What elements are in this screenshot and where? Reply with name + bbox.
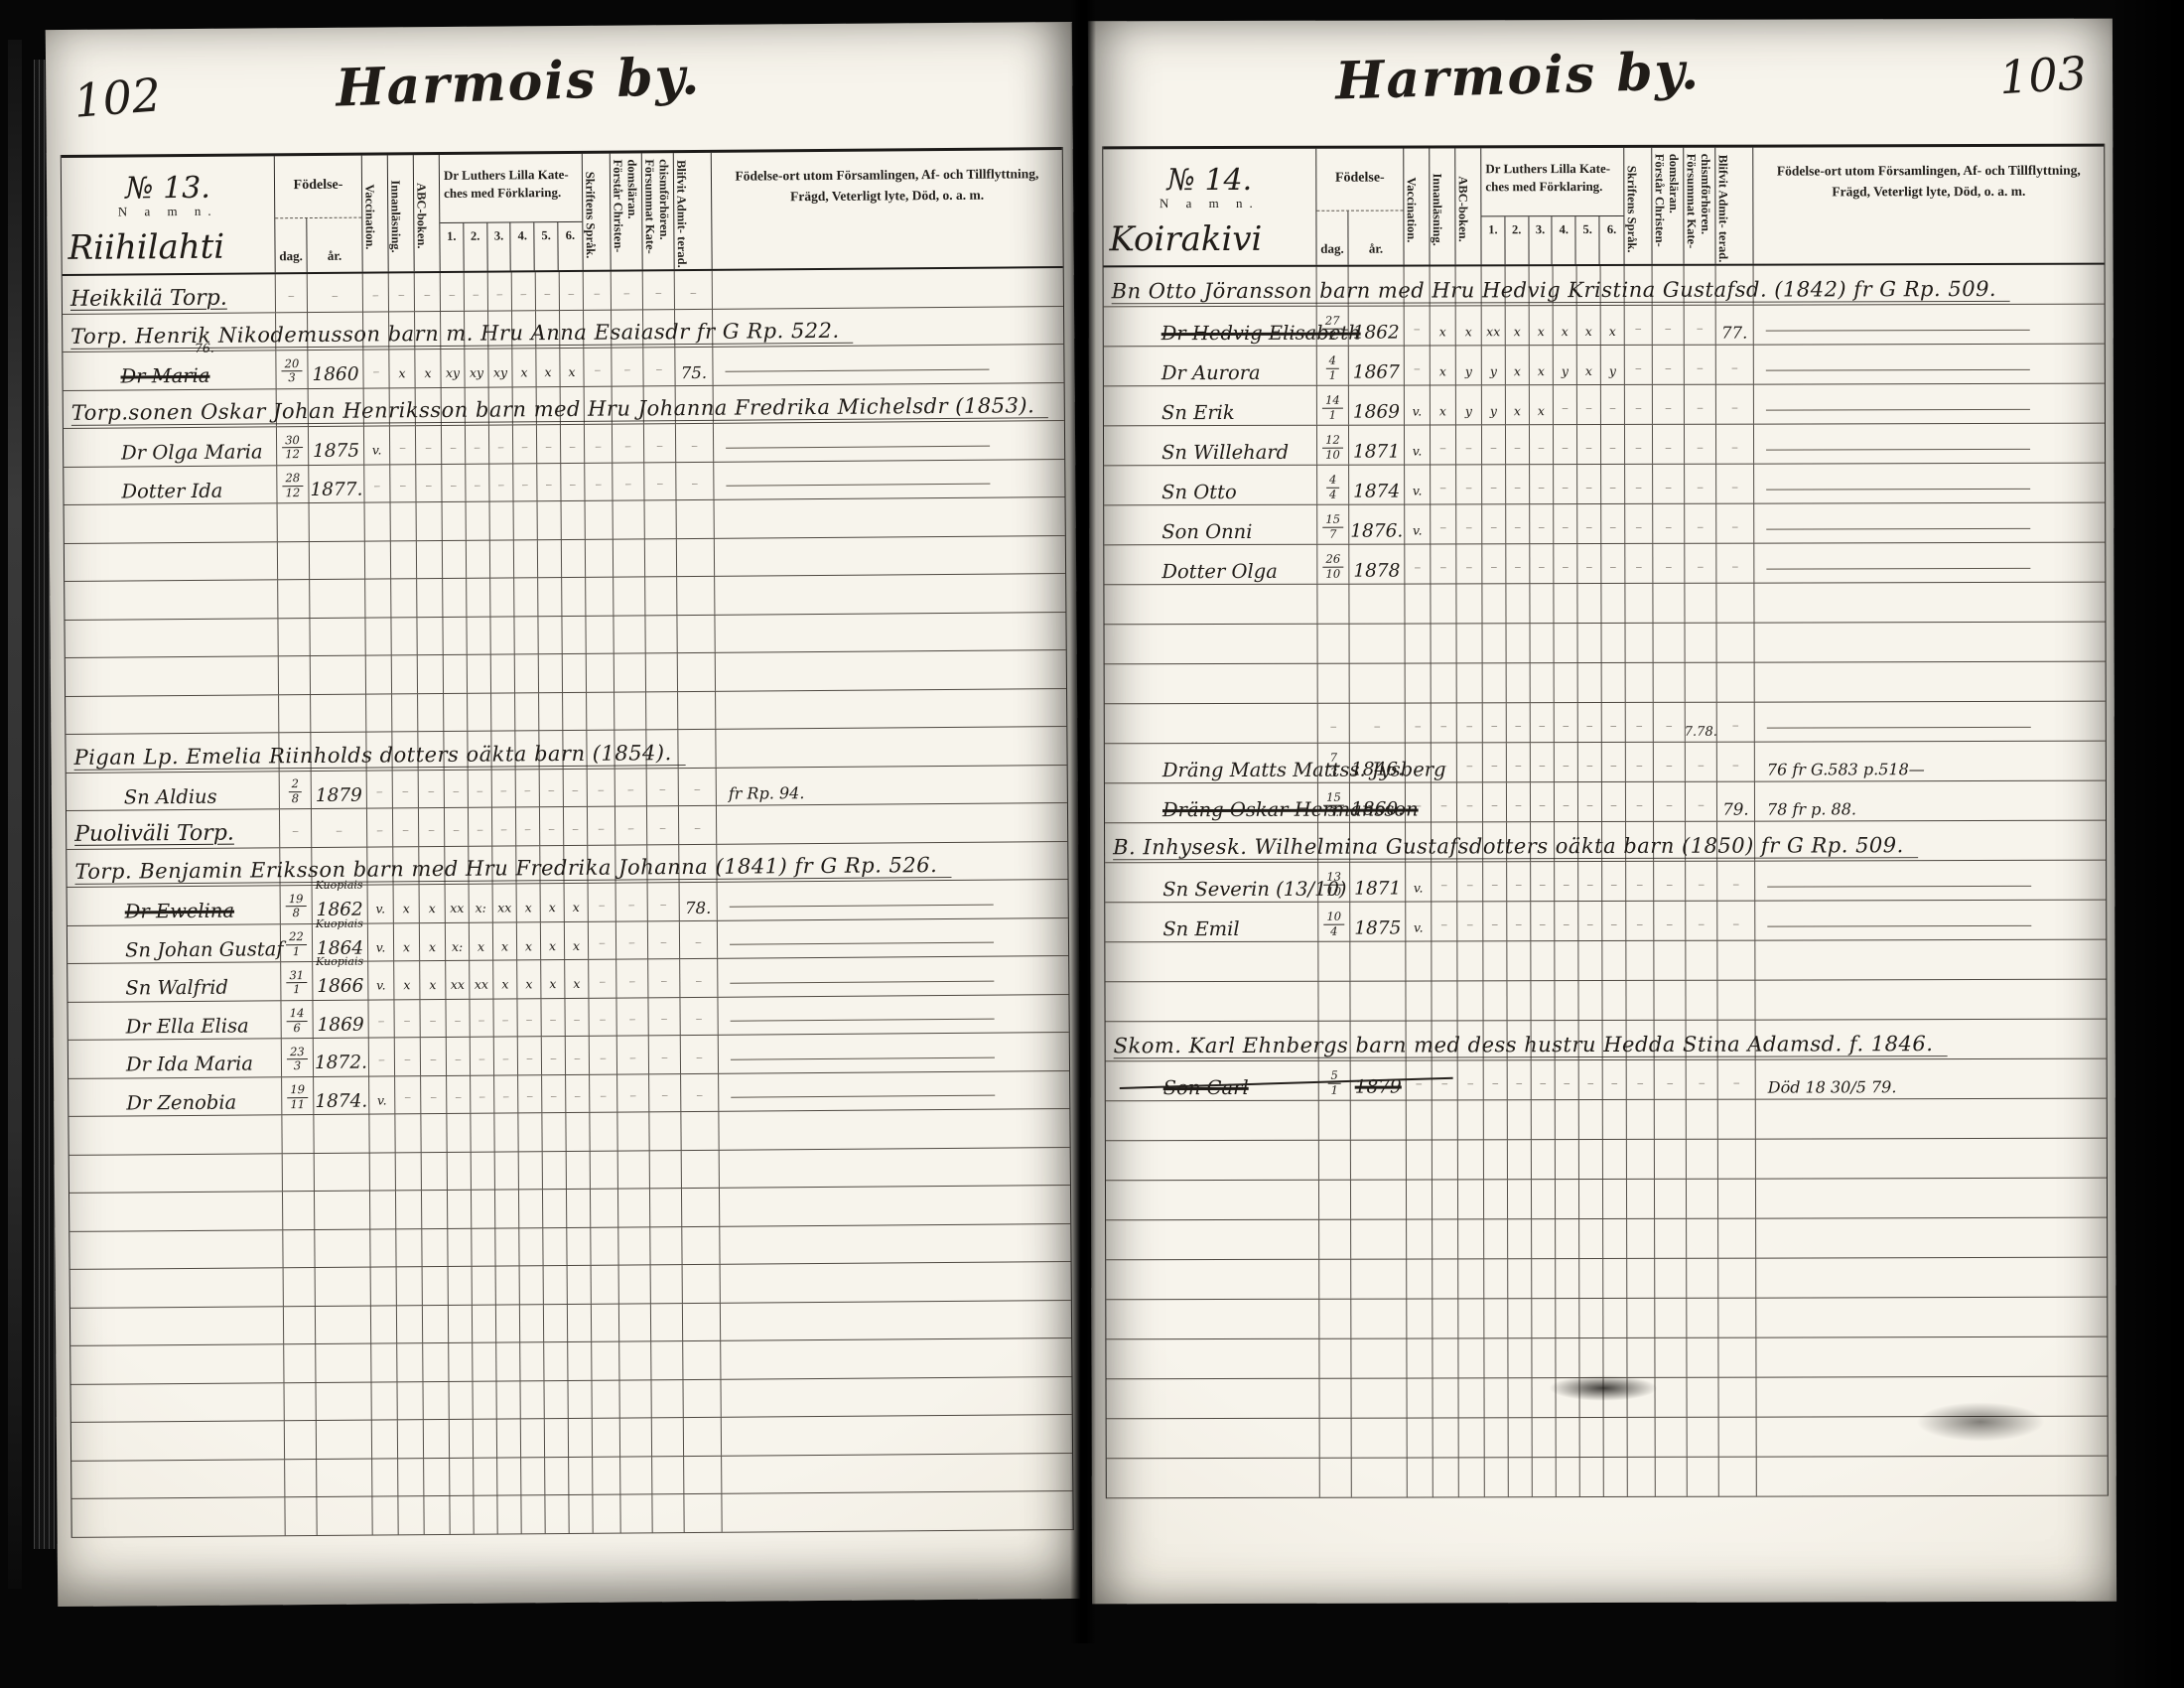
day-numerator: 26: [1322, 554, 1343, 568]
cell-birth-year: 1871: [1349, 426, 1405, 465]
cell-forstar: [1655, 1140, 1687, 1179]
scanned-register-spread: 102 Harmois by. № 13. N a m n. Riihilaht…: [0, 0, 2184, 1688]
cell-katekes-1: –: [1483, 862, 1507, 901]
cell-name: [65, 580, 278, 619]
cell-forsummat: –: [1685, 425, 1716, 464]
cell-katekes-5: [539, 654, 563, 692]
cell-katekes-3: [1532, 1259, 1556, 1298]
cell-katekes-1: [444, 655, 468, 693]
column-header-fodelse: Födelse- dag. år.: [1316, 149, 1404, 265]
note-value: 76 fr G.583 p.518—: [1767, 762, 1925, 777]
birth-year-value: 1872.: [315, 1055, 367, 1073]
cell-katekes-2: [1509, 1458, 1533, 1496]
cell-dash: –: [403, 825, 409, 836]
cell-forsummat: –: [648, 883, 680, 920]
cell-skriftens-sprak: [592, 1380, 619, 1418]
cell-katekes-5: x: [541, 922, 565, 960]
cell-name: [71, 1460, 285, 1498]
cell-innanlasning: –: [393, 771, 419, 808]
katekes-label-line2: ches med Förklaring.: [1485, 178, 1623, 197]
cell-dash: –: [1732, 443, 1738, 454]
column-header-blifvit-admitterad: Blifvit Admit- terad.: [674, 153, 713, 269]
cell-vaccination: [1407, 1219, 1433, 1258]
cell-abc-boken: –: [1456, 504, 1482, 543]
cell-dash: –: [404, 1016, 410, 1027]
cell-admitted: [682, 1150, 720, 1188]
cell-dash: –: [657, 441, 663, 452]
birth-day-value: 198: [286, 894, 307, 919]
cell-katekes-5: [543, 1227, 567, 1265]
cell-admitted: [683, 1379, 721, 1417]
cell-admitted: [1718, 1100, 1756, 1139]
cell-innanlasning: –: [1431, 425, 1456, 464]
cell-dash: –: [601, 1053, 607, 1063]
cell-katekes-6: [1603, 1299, 1627, 1337]
cell-name: Torp.sonen Oskar Johan Henriksson barn m…: [64, 389, 277, 428]
cell-katekes-2: –: [466, 464, 489, 501]
cell-dash: –: [1516, 800, 1522, 811]
cell-dash: –: [1516, 919, 1522, 930]
cell-birth-year: 1871: [1350, 863, 1406, 902]
cell-katekes-3: –: [1531, 862, 1555, 901]
cell-katekes-6: [1601, 584, 1625, 623]
day-numerator: 22: [286, 931, 307, 945]
register-row: Son Carl511879–––––––––––––Död 18 30/5 7…: [1106, 1059, 2107, 1102]
column-header-katekes: Dr Luthers Lilla Kate- ches med Förklari…: [440, 154, 584, 271]
cell-katekes-5: [538, 540, 562, 578]
cell-vaccination: [1407, 1140, 1433, 1179]
cell-dash: –: [692, 440, 698, 451]
cell-katekes-5: [1579, 1140, 1603, 1179]
cell-katekes-5: [538, 578, 562, 616]
cell-innanlasning: [391, 541, 417, 579]
cell-katekes-5: x: [1577, 306, 1601, 345]
birth-year-value: 1866: [317, 978, 363, 997]
birth-year-value: 1875: [313, 443, 359, 462]
cell-dash: –: [1467, 880, 1473, 891]
cell-katekes-4: [1556, 1219, 1579, 1258]
cell-dash: –: [405, 1055, 411, 1065]
cell-dash: –: [1732, 483, 1738, 493]
cell-dash: –: [1610, 483, 1616, 493]
cell-name: Dr Hedvig Elisabeth: [1104, 307, 1317, 347]
cell-forstar: –: [616, 959, 648, 997]
cell-dash: –: [377, 786, 383, 797]
cell-birth-year: [1350, 982, 1406, 1021]
register-row: [1104, 583, 2105, 626]
mark-value: v.: [1413, 524, 1423, 537]
cell-name: [1104, 585, 1317, 625]
cell-dash: –: [1492, 721, 1498, 732]
cell-dash: –: [600, 938, 606, 949]
mark-value: v.: [1414, 882, 1424, 895]
cell-admitted: –: [1718, 1060, 1756, 1099]
cell-katekes-4: –: [517, 999, 541, 1037]
cell-forsummat: –: [1686, 862, 1717, 901]
cell-katekes-5: [1579, 1180, 1603, 1218]
cell-forsummat: [650, 1189, 682, 1226]
cell-dash: –: [596, 441, 602, 452]
cell-dash: –: [695, 822, 701, 833]
cell-vaccination: [369, 1114, 395, 1152]
cell-innanlasning: [391, 502, 417, 540]
cell-forsummat: [645, 539, 677, 577]
cell-katekes-3: [1532, 1299, 1556, 1337]
cell-innanlasning: [396, 1191, 422, 1228]
cell-innanlasning: [1432, 981, 1457, 1020]
mark-value: x: [1538, 405, 1545, 418]
cell-vaccination: [1407, 1378, 1433, 1417]
cell-admitted: [1719, 1458, 1757, 1496]
cell-katekes-3: [496, 1342, 520, 1380]
cell-katekes-2: [1508, 1378, 1532, 1417]
cell-dash: –: [661, 976, 667, 987]
cell-vaccination: [1407, 1338, 1433, 1377]
cell-vaccination: v.: [1405, 425, 1431, 464]
cell-birth-year: [1351, 1260, 1407, 1299]
cell-dash: –: [660, 784, 666, 795]
cell-katekes-1: [1484, 1100, 1508, 1139]
cell-abc-boken: [1458, 1299, 1484, 1337]
day-numerator: 4: [1326, 475, 1339, 489]
cell-birth-day: 203: [276, 351, 308, 388]
entry-name: Sn Severin (13/10): [1162, 879, 1346, 899]
cell-katekes-2: –: [1507, 902, 1531, 940]
cell-name: Pigan Lp. Emelia Riinholds dotters oäkta…: [66, 733, 279, 772]
cell-note: [715, 613, 1065, 652]
cell-abc-boken: [423, 1381, 449, 1419]
cell-dash: –: [1515, 483, 1521, 493]
mark-value: y: [1562, 365, 1569, 378]
cell-name: Dr Aurora: [1104, 347, 1317, 386]
cell-abc-boken: –: [419, 770, 445, 807]
cell-innanlasning: –: [395, 1038, 421, 1075]
cell-dash: –: [1539, 443, 1545, 454]
cell-dash: –: [1666, 363, 1672, 374]
cell-birth-day: –: [276, 274, 308, 312]
cell-birth-year: [1351, 1300, 1407, 1338]
cell-birth-day: 141: [1317, 386, 1349, 425]
cell-katekes-3: –: [1530, 544, 1554, 583]
cell-note: [1754, 543, 2105, 583]
cell-dash: –: [426, 481, 432, 492]
cell-katekes-3: [1531, 981, 1555, 1020]
cell-dash: –: [596, 480, 602, 491]
cell-katekes-6: –: [561, 463, 585, 500]
birth-year-value: 1878: [1353, 562, 1400, 581]
cell-forsummat: [1686, 624, 1717, 662]
cell-katekes-2: [1508, 1338, 1532, 1377]
entry-name: Dr Ewelina: [125, 902, 234, 921]
cell-abc-boken: –: [1457, 782, 1483, 821]
birth-day-value: 233: [287, 1047, 308, 1072]
cell-name: Sn Emil: [1105, 903, 1318, 942]
cell-forstar: –: [612, 348, 643, 385]
cell-dash: –: [575, 1053, 581, 1063]
cell-dash: –: [1491, 522, 1497, 533]
cell-katekes-3: [496, 1266, 520, 1304]
cell-forstar: –: [613, 424, 644, 462]
cell-katekes-2: [468, 693, 491, 731]
cell-forsummat: –: [1685, 465, 1716, 503]
cell-dash: –: [661, 1014, 667, 1025]
cell-forstar: [617, 1112, 649, 1150]
cell-katekes-1: –: [1483, 703, 1507, 742]
cell-admitted: [1719, 1418, 1757, 1457]
cell-dash: –: [478, 1016, 484, 1027]
cell-dash: –: [1539, 483, 1545, 493]
cell-name: Dräng Matts Mattss. Jysberg: [1105, 744, 1318, 783]
cell-katekes-1: –: [445, 770, 469, 807]
cell-forsummat: [1687, 1259, 1718, 1298]
cell-skriftens-sprak: [1628, 1458, 1656, 1496]
cell-vaccination: [1408, 1458, 1433, 1496]
cell-katekes-1: [449, 1267, 473, 1305]
cell-katekes-6: –: [1601, 544, 1625, 583]
place-name: Koirakivi: [1109, 219, 1315, 260]
cell-forsummat: [652, 1494, 684, 1532]
cell-forsummat: [649, 1112, 681, 1150]
cell-skriftens-sprak: –: [1625, 425, 1653, 464]
cell-dash: –: [551, 1091, 557, 1102]
cell-forstar: [614, 692, 646, 730]
cell-innanlasning: [1433, 1299, 1458, 1337]
cell-name: [69, 1192, 283, 1230]
cell-katekes-2: –: [469, 808, 492, 846]
cell-skriftens-sprak: [1628, 1418, 1656, 1457]
cell-abc-boken: [1456, 584, 1482, 623]
cell-vaccination: v.: [364, 426, 390, 464]
cell-dash: –: [575, 1091, 581, 1102]
cell-dash: –: [1637, 919, 1643, 930]
cell-skriftens-sprak: [1627, 1140, 1655, 1179]
cell-name: [1106, 1339, 1319, 1379]
cell-katekes-2: [472, 1152, 495, 1190]
cell-katekes-4: –: [516, 807, 540, 845]
cell-dash: –: [1516, 880, 1522, 891]
cell-birth-day: 311: [281, 962, 313, 1000]
cell-forstar: [618, 1227, 650, 1265]
cell-katekes-6: –: [1602, 902, 1626, 940]
cell-admitted: 77.: [1716, 306, 1754, 345]
column-header-forsummat-katechismforhoren: Försummat Kate- chismförhören.: [642, 153, 675, 269]
cell-dash: –: [697, 1090, 703, 1101]
cell-dash: –: [1699, 919, 1705, 930]
cell-dash: –: [1699, 1078, 1705, 1089]
cell-note: [1756, 1298, 2107, 1337]
village-title-left: Harmois by.: [335, 46, 702, 118]
fodelse-label: Födelse-: [1316, 171, 1403, 187]
entry-name: Sn Otto: [1161, 482, 1237, 501]
birth-year-value: 1874: [1353, 483, 1400, 501]
cell-katekes-5: –: [1577, 425, 1601, 464]
cell-katekes-1: –: [442, 464, 466, 501]
cell-abc-boken: [1458, 1100, 1484, 1139]
cell-forstar: [1655, 1100, 1687, 1139]
admitted-year: 77.: [1721, 325, 1747, 342]
mark-value: xx: [451, 979, 465, 992]
cell-dash: –: [1516, 761, 1522, 772]
cell-name: [71, 1497, 285, 1536]
cell-katekes-6: [563, 654, 587, 692]
cell-katekes-4: [519, 1190, 543, 1227]
cell-katekes-6: –: [1601, 385, 1625, 424]
day-numerator: 28: [282, 473, 303, 487]
cell-forstar: –: [612, 271, 643, 309]
cell-katekes-6: [1603, 1180, 1627, 1218]
cell-note: [713, 268, 1063, 308]
entry-name: Sn Aldius: [124, 786, 217, 806]
cell-dash: –: [1466, 562, 1472, 573]
cell-katekes-4: [514, 578, 538, 616]
cell-dash: –: [527, 1091, 533, 1102]
cell-dash: –: [696, 975, 702, 986]
cell-skriftens-sprak: [1627, 1299, 1655, 1337]
mark-value: x:: [452, 940, 463, 953]
cell-katekes-5: [1578, 624, 1602, 662]
cell-forsummat: –: [1685, 504, 1716, 543]
scan-smudge: [1549, 1375, 1658, 1401]
cell-innanlasning: –: [1432, 782, 1457, 821]
cell-katekes-1: –: [1483, 743, 1507, 781]
cell-note: [1755, 901, 2106, 940]
cell-dash: –: [1539, 562, 1545, 573]
cell-katekes-3: [494, 1113, 518, 1151]
mark-value: x: [1585, 326, 1592, 339]
cell-katekes-3: [495, 1190, 519, 1227]
cell-forsummat: [652, 1418, 684, 1456]
cell-forsummat: –: [648, 959, 680, 997]
cell-forstar: [619, 1380, 651, 1418]
cell-note: [1757, 1457, 2108, 1496]
cell-forsummat: –: [644, 424, 676, 462]
cell-forstar: [620, 1457, 652, 1494]
birth-year-value: 1871: [1354, 880, 1401, 899]
cell-note: [716, 727, 1066, 767]
cell-innanlasning: [1433, 1338, 1458, 1377]
note-fill-line: [1766, 489, 2030, 491]
cell-katekes-6: –: [566, 1074, 590, 1112]
cell-name: Sn Otto: [1104, 466, 1317, 505]
cell-dash: –: [1698, 562, 1704, 573]
cell-dash: –: [656, 288, 662, 299]
cell-birth-day: [1318, 664, 1350, 703]
cell-katekes-6: –: [560, 272, 584, 310]
cell-abc-boken: –: [415, 273, 441, 311]
ar-label: år.: [307, 218, 361, 272]
cell-skriftens-sprak: [587, 654, 614, 692]
cell-dash: –: [1563, 443, 1569, 454]
cell-dash: –: [697, 1052, 703, 1062]
cell-katekes-2: x:: [470, 885, 493, 922]
cell-name: [1106, 1220, 1319, 1260]
cell-dash: –: [1635, 324, 1641, 335]
cell-birth-day: [1318, 625, 1350, 663]
cell-dash: –: [1516, 1078, 1522, 1089]
cell-dash: –: [1492, 919, 1498, 930]
mark-value: y: [1490, 365, 1497, 378]
cell-forsummat: [645, 577, 677, 615]
cell-dash: –: [503, 1091, 509, 1102]
cell-katekes-6: x: [565, 884, 589, 921]
cell-forsummat: [1687, 1100, 1718, 1139]
cell-dash: –: [1667, 919, 1673, 930]
cell-skriftens-sprak: [592, 1266, 619, 1304]
register-row: –––––––––––––7.78.–: [1105, 702, 2106, 745]
cell-abc-boken: –: [1456, 465, 1482, 503]
katekes-col-1: 1.: [1481, 216, 1505, 264]
cell-skriftens-sprak: –: [584, 349, 612, 386]
cell-abc-boken: [1458, 1338, 1484, 1377]
note-fill-line: [1767, 925, 2031, 927]
cell-name: [1107, 1459, 1320, 1498]
cell-forstar: [1655, 1299, 1687, 1337]
cell-dash: –: [479, 1054, 485, 1064]
cell-forsummat: –: [1686, 902, 1717, 940]
note-fill-line: [730, 904, 994, 907]
cell-vaccination: [372, 1420, 398, 1458]
katekes-col-4: 4.: [511, 222, 535, 270]
birth-year-value: 1874.: [315, 1092, 367, 1111]
cell-katekes-5: –: [1578, 862, 1602, 901]
cell-katekes-6: –: [1602, 862, 1626, 901]
cell-vaccination: [1407, 1299, 1433, 1337]
mark-value: x: [429, 941, 436, 954]
cell-forstar: –: [1653, 346, 1685, 384]
cell-admitted: –: [680, 997, 718, 1035]
cell-katekes-5: [1578, 941, 1602, 980]
cell-skriftens-sprak: [1625, 584, 1653, 623]
cell-forstar: –: [616, 998, 648, 1036]
cell-abc-boken: –: [1457, 703, 1483, 742]
cell-dash: –: [1698, 522, 1704, 533]
cell-dash: –: [1563, 522, 1569, 533]
mark-value: x: [398, 367, 405, 380]
cell-skriftens-sprak: [592, 1304, 619, 1341]
cell-birth-year: 1879: [312, 771, 367, 808]
cell-dash: –: [1492, 880, 1498, 891]
cell-skriftens-sprak: –: [585, 425, 613, 463]
cell-skriftens-sprak: [593, 1495, 620, 1533]
mark-value: x: [525, 940, 532, 953]
cell-katekes-1: –: [446, 999, 470, 1037]
cell-dash: –: [1698, 483, 1704, 493]
cell-vaccination: v.: [1406, 902, 1432, 940]
page-right: 103 Harmois by. № 14. N a m n. Koirakivi…: [1088, 19, 2116, 1605]
cell-abc-boken: –: [1457, 902, 1483, 940]
note-fill-line: [731, 1056, 995, 1059]
cell-birth-day: 157: [1317, 505, 1349, 544]
cell-forsummat: –: [649, 1074, 681, 1112]
cell-dash: –: [501, 785, 507, 796]
cell-katekes-1: –: [1483, 902, 1507, 940]
cell-katekes-5: –: [542, 1074, 566, 1112]
cell-katekes-2: –: [1507, 703, 1531, 742]
cell-abc-boken: [423, 1305, 449, 1342]
cell-forsummat: [1688, 1418, 1719, 1457]
katekes-subcolumns: 1. 2. 3. 4. 5. 6.: [440, 221, 582, 271]
cell-name: Dotter Olga: [1104, 545, 1317, 585]
cell-note: [715, 536, 1065, 576]
cell-katekes-5: –: [1578, 902, 1602, 940]
register-row: Sn Otto441874v.––––––––––––: [1104, 464, 2105, 506]
cell-skriftens-sprak: –: [1626, 902, 1654, 940]
cell-dash: –: [1414, 324, 1420, 335]
note-value: 78 fr p. 88.: [1767, 801, 1856, 817]
cell-birth-year: 1874.: [314, 1076, 369, 1114]
cell-dash: –: [1540, 880, 1546, 891]
month-denominator: 1: [1331, 1083, 1338, 1096]
